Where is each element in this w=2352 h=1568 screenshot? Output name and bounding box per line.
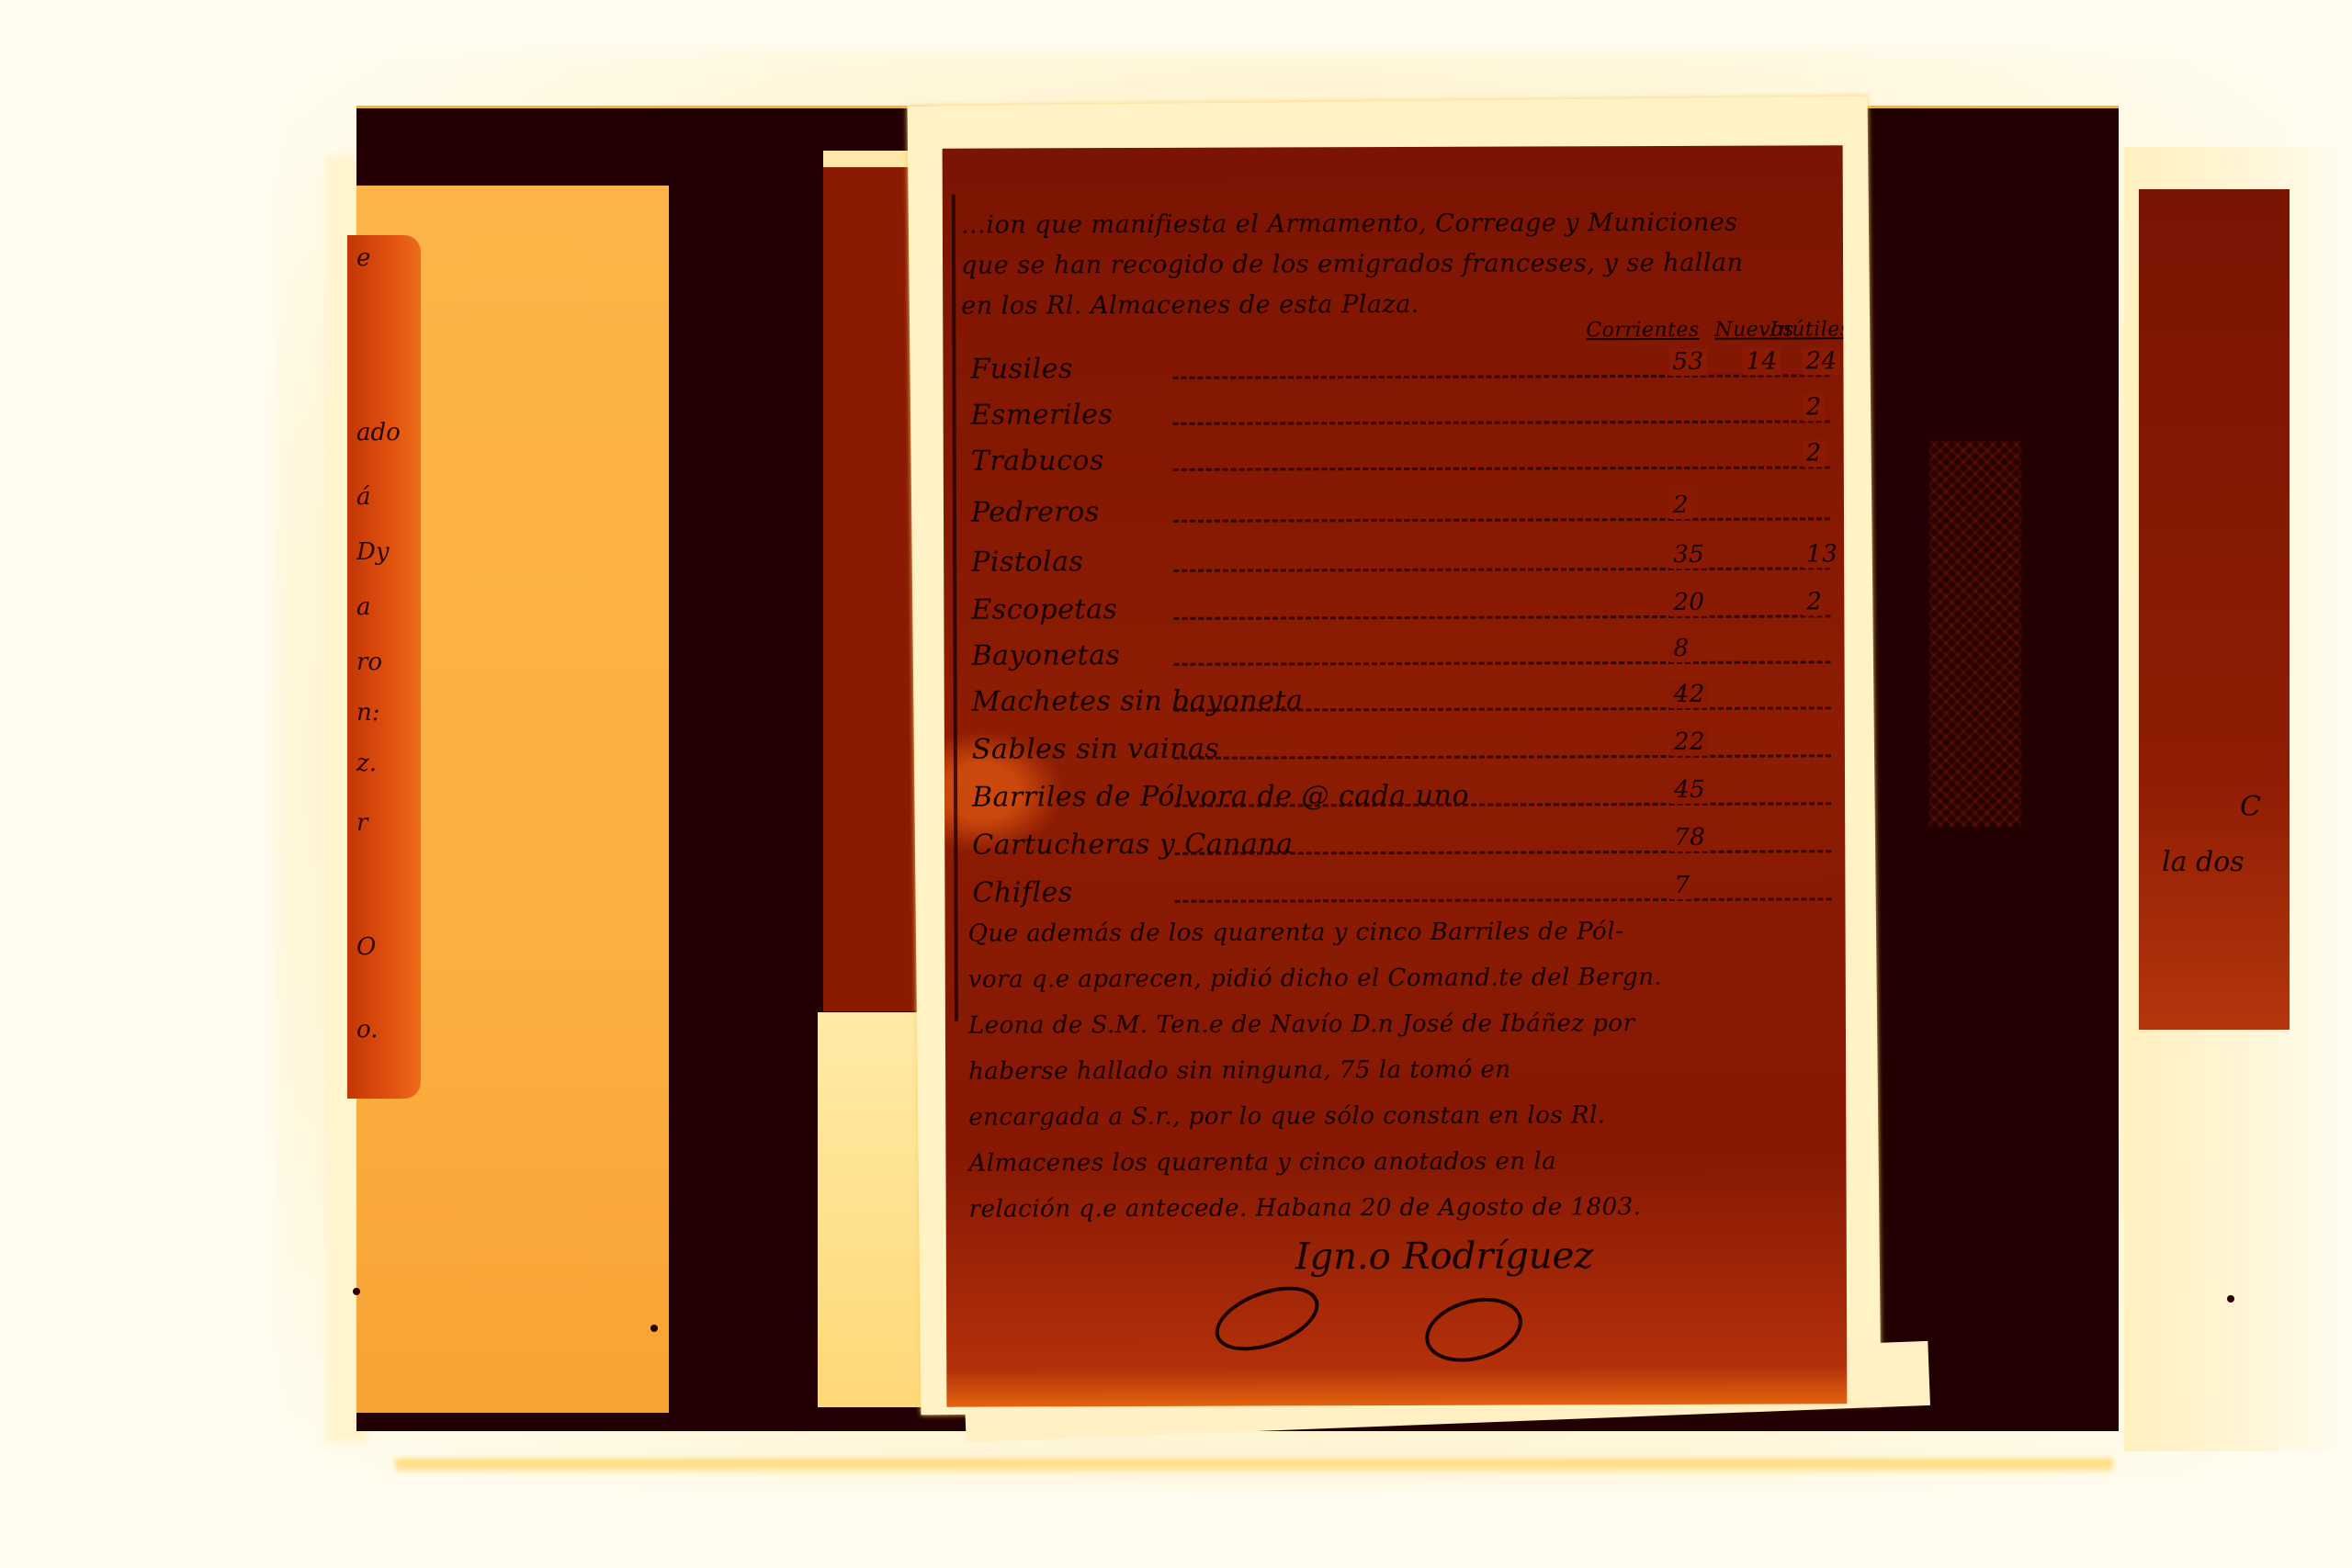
count-inutiles: 2 (1803, 588, 1826, 615)
column-headers: Corrientes Nuevos Inútiles (1586, 318, 1843, 346)
bed-bottom-edge (395, 1459, 2113, 1472)
item-name: Bayonetas (971, 639, 1120, 672)
count-corrientes: 22 (1670, 728, 1709, 756)
column-header: Inútiles (1770, 318, 1847, 341)
note-line: relación q.e antecede. Habana 20 de Agos… (969, 1193, 1642, 1224)
main-manuscript-page: …ion que manifiesta el Armamento, Correa… (943, 145, 1848, 1406)
heading-line: en los Rl. Almacenes de esta Plaza. (961, 290, 1419, 321)
mesh-reflection (1929, 441, 2021, 827)
note-line: Almacenes los quarenta y cinco anotados … (968, 1147, 1556, 1177)
inventory-row: Pedreros 2 (971, 492, 1839, 532)
pin-mark (2227, 1295, 2234, 1303)
fragment-text: ado (356, 419, 401, 446)
fragment-text: n: (356, 699, 380, 727)
item-name: Cartucheras y Canana (972, 828, 1293, 861)
count-corrientes: 78 (1670, 824, 1709, 852)
inventory-row: Trabucos 2 (971, 441, 1839, 480)
fragment-text: Dy (356, 538, 390, 566)
right-fragment-page: C la dos (2139, 189, 2290, 1030)
count-corrientes: 7 (1670, 872, 1693, 899)
note-line: Leona de S.M. Ten.e de Navío D.n José de… (968, 1010, 1635, 1040)
item-name: Fusiles (970, 353, 1072, 385)
inventory-row: Barriles de Pólvora de @ cada uno 45 (972, 777, 1840, 817)
note-line: haberse hallado sin ninguna, 75 la tomó … (968, 1056, 1511, 1086)
count-corrientes: 42 (1670, 681, 1709, 708)
inventory-row: Fusiles 53 14 24 (970, 349, 1838, 389)
fragment-text: e (356, 244, 370, 272)
count-inutiles: 2 (1803, 439, 1826, 467)
item-name: Pedreros (971, 496, 1100, 528)
count-inutiles: 13 (1803, 540, 1841, 568)
item-name: Escopetas (971, 593, 1117, 626)
margin-rule (952, 195, 958, 1021)
inventory-row: Pistolas 35 13 (971, 542, 1839, 581)
column-header: Corrientes (1586, 319, 1700, 342)
inventory-row: Esmeriles 2 (971, 395, 1839, 434)
left-fragment-strip: e ado á Dy a ro n: z. r O o. (347, 235, 421, 1099)
signature-flourish (1206, 1274, 1327, 1363)
signature-flourish (1418, 1288, 1530, 1372)
fragment-text: ro (356, 649, 382, 676)
note-line: vora q.e aparecen, pidió dicho el Comand… (968, 964, 1663, 994)
item-name: Trabucos (971, 445, 1104, 478)
item-name: Esmeriles (971, 399, 1114, 432)
fragment-text: á (356, 483, 371, 511)
item-name: Barriles de Pólvora de @ cada uno (972, 780, 1469, 814)
inventory-row: Escopetas 20 2 (971, 590, 1839, 629)
item-name: Chifles (972, 876, 1072, 908)
note-line: Que además de los quarenta y cinco Barri… (968, 918, 1624, 947)
inventory-row: Bayonetas 8 (971, 636, 1839, 675)
pin-mark (650, 1325, 658, 1332)
fragment-text: r (356, 809, 367, 837)
fragment-text: z. (356, 750, 377, 777)
pin-mark (353, 1288, 360, 1295)
inventory-row: Chifles 7 (972, 873, 1840, 912)
item-name: Machetes sin bayoneta (972, 684, 1304, 717)
count-corrientes: 2 (1669, 491, 1692, 519)
count-corrientes: 8 (1669, 635, 1692, 662)
heading-line: que se han recogido de los emigrados fra… (961, 249, 1744, 280)
heading-line: …ion que manifiesta el Armamento, Correa… (961, 209, 1738, 240)
count-corrientes: 20 (1669, 589, 1708, 616)
center-blank-slip (818, 1012, 926, 1407)
signature: Ign.o Rodríguez (1295, 1235, 1594, 1278)
inventory-row: Cartucheras y Canana 78 (972, 825, 1840, 864)
count-corrientes: 35 (1669, 541, 1708, 569)
item-name: Sables sin vainas (972, 733, 1219, 766)
fragment-text: a (356, 593, 371, 621)
count-corrientes: 53 (1668, 348, 1707, 376)
fragment-text: C (2240, 791, 2261, 823)
inventory-row: Machetes sin bayoneta 42 (972, 682, 1840, 721)
fragment-text: o. (356, 1016, 378, 1043)
count-corrientes: 45 (1670, 776, 1709, 804)
count-inutiles: 2 (1803, 393, 1826, 421)
fragment-text: la dos (2162, 846, 2245, 878)
inventory-row: Sables sin vainas 22 (972, 729, 1840, 769)
note-line: encargada a S.r., por lo que sólo consta… (968, 1101, 1605, 1131)
fragment-text: O (356, 933, 376, 961)
count-nuevos: 14 (1742, 348, 1781, 376)
count-inutiles: 24 (1802, 347, 1840, 375)
item-name: Pistolas (971, 546, 1083, 578)
